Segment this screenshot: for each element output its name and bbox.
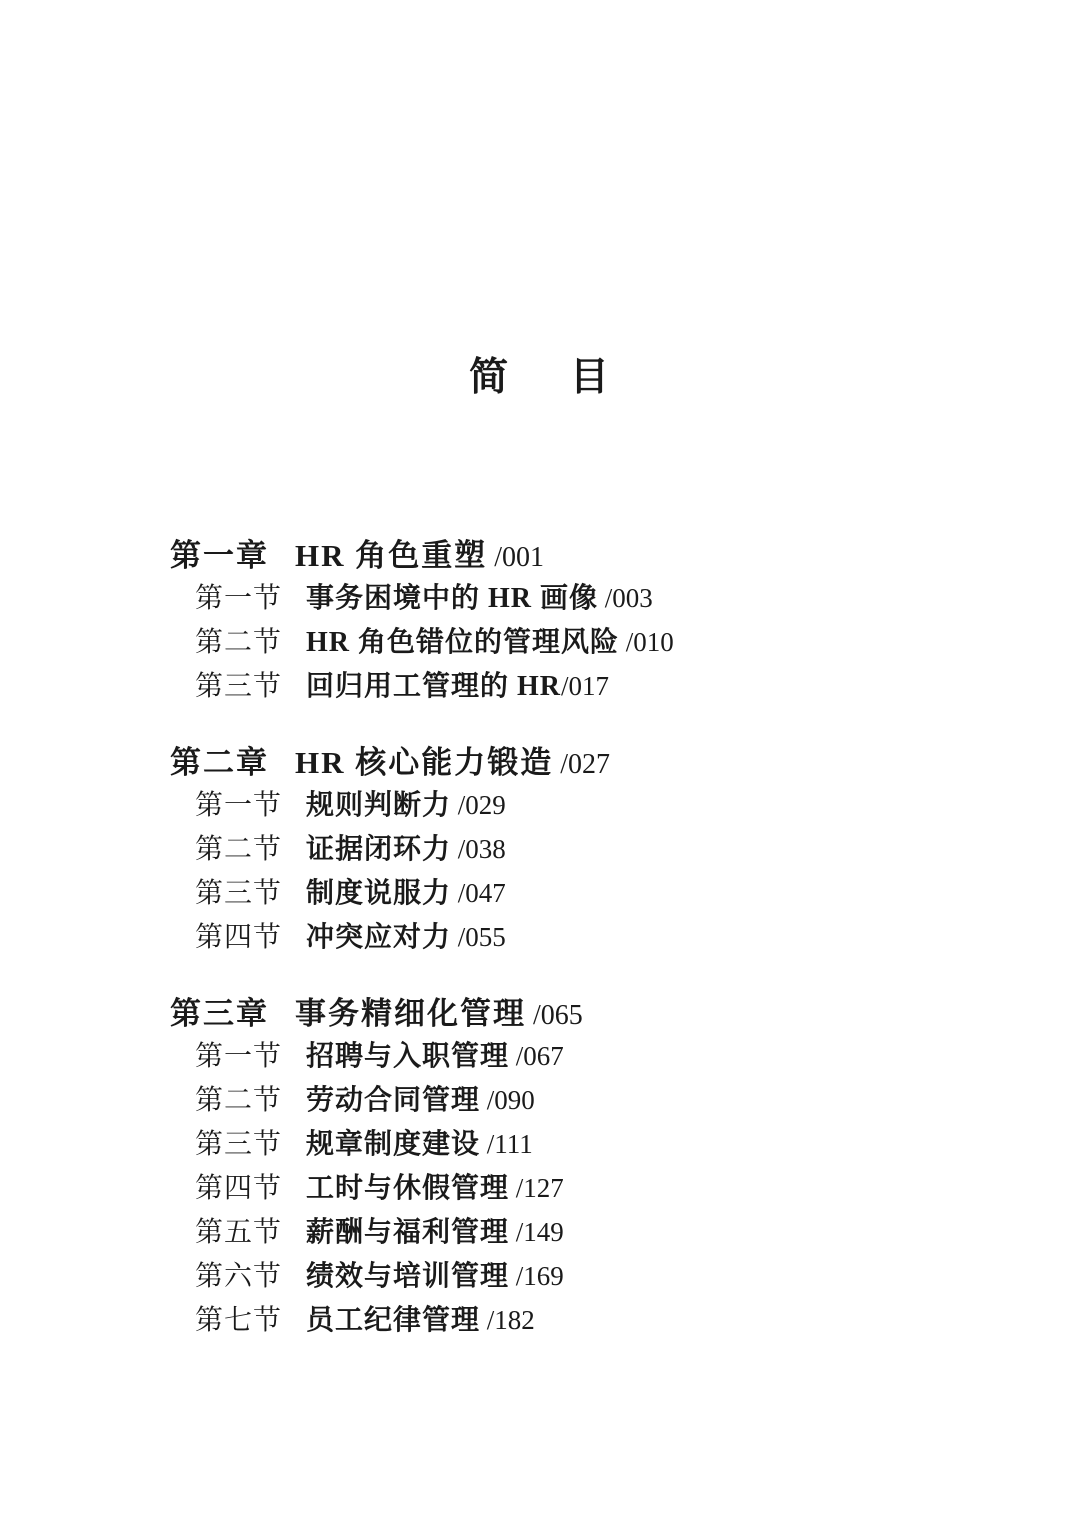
section-number: 第一节 — [195, 792, 282, 820]
chapter-number: 第三章 — [170, 998, 269, 1029]
section-page-number: /029 — [451, 790, 506, 820]
section-number: 第三节 — [195, 880, 282, 908]
chapter-number: 第二章 — [170, 747, 269, 778]
toc-entry: 第七节 员工纪律管理 /182 — [195, 1307, 930, 1335]
chapter-heading: 第二章 HR 核心能力锻造 /027 — [170, 747, 930, 779]
chapter-title: HR 核心能力锻造 — [295, 745, 553, 780]
section-number: 第三节 — [195, 673, 282, 701]
chapter-heading: 第一章 HR 角色重塑 /001 — [170, 540, 930, 572]
section-title: 员工纪律管理 — [306, 1305, 480, 1336]
section-page-number: /149 — [509, 1217, 564, 1247]
section-number: 第二节 — [195, 836, 282, 864]
chapter-block-1: 第一章 HR 角色重塑 /001 第一节 事务困境中的 HR 画像 /003 第… — [170, 540, 930, 701]
chapter-page-number: /065 — [526, 1000, 583, 1031]
section-title: 绩效与培训管理 — [306, 1261, 509, 1292]
section-title-group: 工时与休假管理 /127 — [306, 1175, 564, 1203]
toc-entry: 第二节 证据闭环力 /038 — [195, 836, 930, 864]
section-page-number: /003 — [598, 583, 653, 613]
section-title-group: 绩效与培训管理 /169 — [306, 1263, 564, 1291]
chapter-heading: 第三章 事务精细化管理 /065 — [170, 998, 930, 1030]
chapter-block-3: 第三章 事务精细化管理 /065 第一节 招聘与入职管理 /067 第二节 劳动… — [170, 998, 930, 1335]
section-title: 规则判断力 — [306, 790, 451, 821]
section-title: HR 角色错位的管理风险 — [306, 627, 619, 658]
section-title-group: 事务困境中的 HR 画像 /003 — [306, 585, 653, 613]
section-title: 制度说服力 — [306, 878, 451, 909]
chapter-title: 事务精细化管理 — [295, 996, 526, 1031]
section-number: 第二节 — [195, 629, 282, 657]
section-list: 第一节 招聘与入职管理 /067 第二节 劳动合同管理 /090 第三节 规章制… — [195, 1043, 930, 1335]
section-page-number: /038 — [451, 834, 506, 864]
section-page-number: /111 — [480, 1129, 533, 1159]
chapter-page-number: /001 — [487, 542, 544, 573]
section-title-group: 规则判断力 /029 — [306, 792, 506, 820]
toc-entry: 第四节 工时与休假管理 /127 — [195, 1175, 930, 1203]
section-page-number: /182 — [480, 1305, 535, 1335]
section-title-group: 劳动合同管理 /090 — [306, 1087, 535, 1115]
toc-entry: 第三节 回归用工管理的 HR/017 — [195, 673, 930, 701]
page-title: 简 目 — [0, 358, 1080, 397]
toc-list: 第一章 HR 角色重塑 /001 第一节 事务困境中的 HR 画像 /003 第… — [170, 540, 930, 1351]
section-title: 冲突应对力 — [306, 922, 451, 953]
toc-page: 简 目 第一章 HR 角色重塑 /001 第一节 事务困境中的 HR 画像 /0… — [0, 0, 1080, 1525]
section-page-number: /090 — [480, 1085, 535, 1115]
section-number: 第五节 — [195, 1219, 282, 1247]
section-title-group: 规章制度建设 /111 — [306, 1131, 533, 1159]
toc-entry: 第五节 薪酬与福利管理 /149 — [195, 1219, 930, 1247]
section-title-group: HR 角色错位的管理风险 /010 — [306, 629, 674, 657]
chapter-block-2: 第二章 HR 核心能力锻造 /027 第一节 规则判断力 /029 第二节 证据… — [170, 747, 930, 952]
toc-entry: 第一节 招聘与入职管理 /067 — [195, 1043, 930, 1071]
toc-entry: 第三节 制度说服力 /047 — [195, 880, 930, 908]
section-page-number: /127 — [509, 1173, 564, 1203]
section-page-number: /067 — [509, 1041, 564, 1071]
chapter-number: 第一章 — [170, 540, 269, 571]
section-title-group: 冲突应对力 /055 — [306, 924, 506, 952]
section-number: 第四节 — [195, 1175, 282, 1203]
section-title: 招聘与入职管理 — [306, 1041, 509, 1072]
toc-entry: 第一节 规则判断力 /029 — [195, 792, 930, 820]
section-title: 薪酬与福利管理 — [306, 1217, 509, 1248]
section-number: 第三节 — [195, 1131, 282, 1159]
section-page-number: /169 — [509, 1261, 564, 1291]
section-number: 第一节 — [195, 1043, 282, 1071]
section-list: 第一节 规则判断力 /029 第二节 证据闭环力 /038 第三节 制度说服力 … — [195, 792, 930, 952]
section-title: 回归用工管理的 HR — [306, 671, 561, 702]
toc-entry: 第二节 劳动合同管理 /090 — [195, 1087, 930, 1115]
section-list: 第一节 事务困境中的 HR 画像 /003 第二节 HR 角色错位的管理风险 /… — [195, 585, 930, 701]
toc-entry: 第二节 HR 角色错位的管理风险 /010 — [195, 629, 930, 657]
section-number: 第四节 — [195, 924, 282, 952]
section-title-group: 制度说服力 /047 — [306, 880, 506, 908]
section-title: 工时与休假管理 — [306, 1173, 509, 1204]
toc-entry: 第四节 冲突应对力 /055 — [195, 924, 930, 952]
section-number: 第一节 — [195, 585, 282, 613]
section-title: 事务困境中的 HR 画像 — [306, 583, 598, 614]
section-title-group: 招聘与入职管理 /067 — [306, 1043, 564, 1071]
section-number: 第六节 — [195, 1263, 282, 1291]
section-page-number: /017 — [561, 671, 609, 701]
chapter-page-number: /027 — [553, 749, 610, 780]
section-title: 劳动合同管理 — [306, 1085, 480, 1116]
section-title-group: 员工纪律管理 /182 — [306, 1307, 535, 1335]
chapter-title-group: 事务精细化管理 /065 — [295, 998, 583, 1030]
section-title-group: 薪酬与福利管理 /149 — [306, 1219, 564, 1247]
chapter-title-group: HR 核心能力锻造 /027 — [295, 747, 610, 779]
section-page-number: /047 — [451, 878, 506, 908]
toc-entry: 第六节 绩效与培训管理 /169 — [195, 1263, 930, 1291]
section-number: 第七节 — [195, 1307, 282, 1335]
toc-entry: 第三节 规章制度建设 /111 — [195, 1131, 930, 1159]
section-page-number: /010 — [619, 627, 674, 657]
section-number: 第二节 — [195, 1087, 282, 1115]
section-page-number: /055 — [451, 922, 506, 952]
section-title: 证据闭环力 — [306, 834, 451, 865]
section-title-group: 回归用工管理的 HR/017 — [306, 673, 609, 701]
chapter-title: HR 角色重塑 — [295, 538, 487, 573]
section-title-group: 证据闭环力 /038 — [306, 836, 506, 864]
section-title: 规章制度建设 — [306, 1129, 480, 1160]
toc-entry: 第一节 事务困境中的 HR 画像 /003 — [195, 585, 930, 613]
chapter-title-group: HR 角色重塑 /001 — [295, 540, 544, 572]
